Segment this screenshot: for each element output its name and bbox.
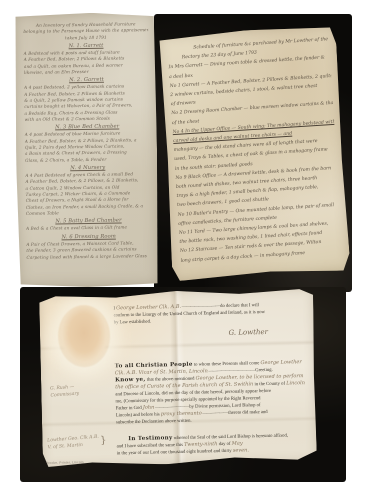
handwritten-insert: Twenty-ninth — [184, 441, 218, 448]
blank-rule: ———————— — [154, 405, 189, 411]
declaration-text-block: I George Lowther Clk. A.B. ————————— do … — [113, 288, 309, 457]
printed-text: Greeting. — [255, 368, 273, 373]
handwritten-insert: May — [232, 441, 243, 447]
printed-text: do declare that I will — [220, 303, 259, 309]
blank-rule: —————— — [202, 411, 229, 417]
declaration-document: G. Rush — Commissary Lowther Geo. Clk A.… — [39, 288, 317, 467]
inventory-document: An Inventory of Sundry Household Furnitu… — [14, 12, 159, 288]
margin-note-line: Commissary — [50, 391, 79, 400]
schedule-document: Schedule of furniture &c purchased by Mr… — [157, 25, 350, 282]
handwritten-line: Carpeting lined with flannel & a large L… — [26, 253, 151, 261]
printed-text: by Law established. — [114, 320, 151, 326]
presents-paragraph: To all Christian People to whom these Pr… — [115, 359, 308, 426]
handwritten-insert: proxy thereunto — [161, 410, 202, 417]
handwritten-insert: Lincoln — [286, 380, 305, 386]
blackletter-text: Know ye, — [115, 377, 146, 384]
margin-note-commissary: G. Rush — Commissary — [50, 385, 80, 400]
brace-glyph: } — [100, 436, 107, 446]
photo-canvas: An Inventory of Sundry Household Furnitu… — [0, 0, 365, 500]
margin-note-license: Lowther Geo. Clk A.B. V. of St. Martin } — [47, 434, 107, 451]
handwritten-insert: George Lowther — [260, 359, 301, 366]
declaration-paragraph: I George Lowther Clk. A.B. ————————— do … — [113, 301, 305, 326]
printed-text: Father in God — [116, 406, 143, 412]
printed-text: in the year of our Lord one thousand eig… — [117, 449, 233, 457]
embossed-seal — [57, 305, 110, 368]
blackletter-text: In Testimony — [128, 435, 172, 442]
printed-text: subscribe the Declaration above written. — [116, 419, 192, 426]
signature: G. Lowther — [114, 328, 268, 340]
testimony-paragraph: In Testimony whereof the Seal of the sai… — [116, 432, 308, 457]
printed-text: day of — [217, 442, 231, 447]
blank-rule: ————————— — [181, 304, 220, 310]
printed-text: thereto did make and — [228, 410, 268, 416]
handwritten-insert: John — [143, 405, 155, 411]
printed-text: Lincoln) and before his — [116, 412, 161, 418]
printed-text: in the County of — [253, 382, 286, 388]
blank-rule: ——————————— — [208, 368, 256, 374]
handwritten-insert: seven. — [233, 447, 249, 453]
